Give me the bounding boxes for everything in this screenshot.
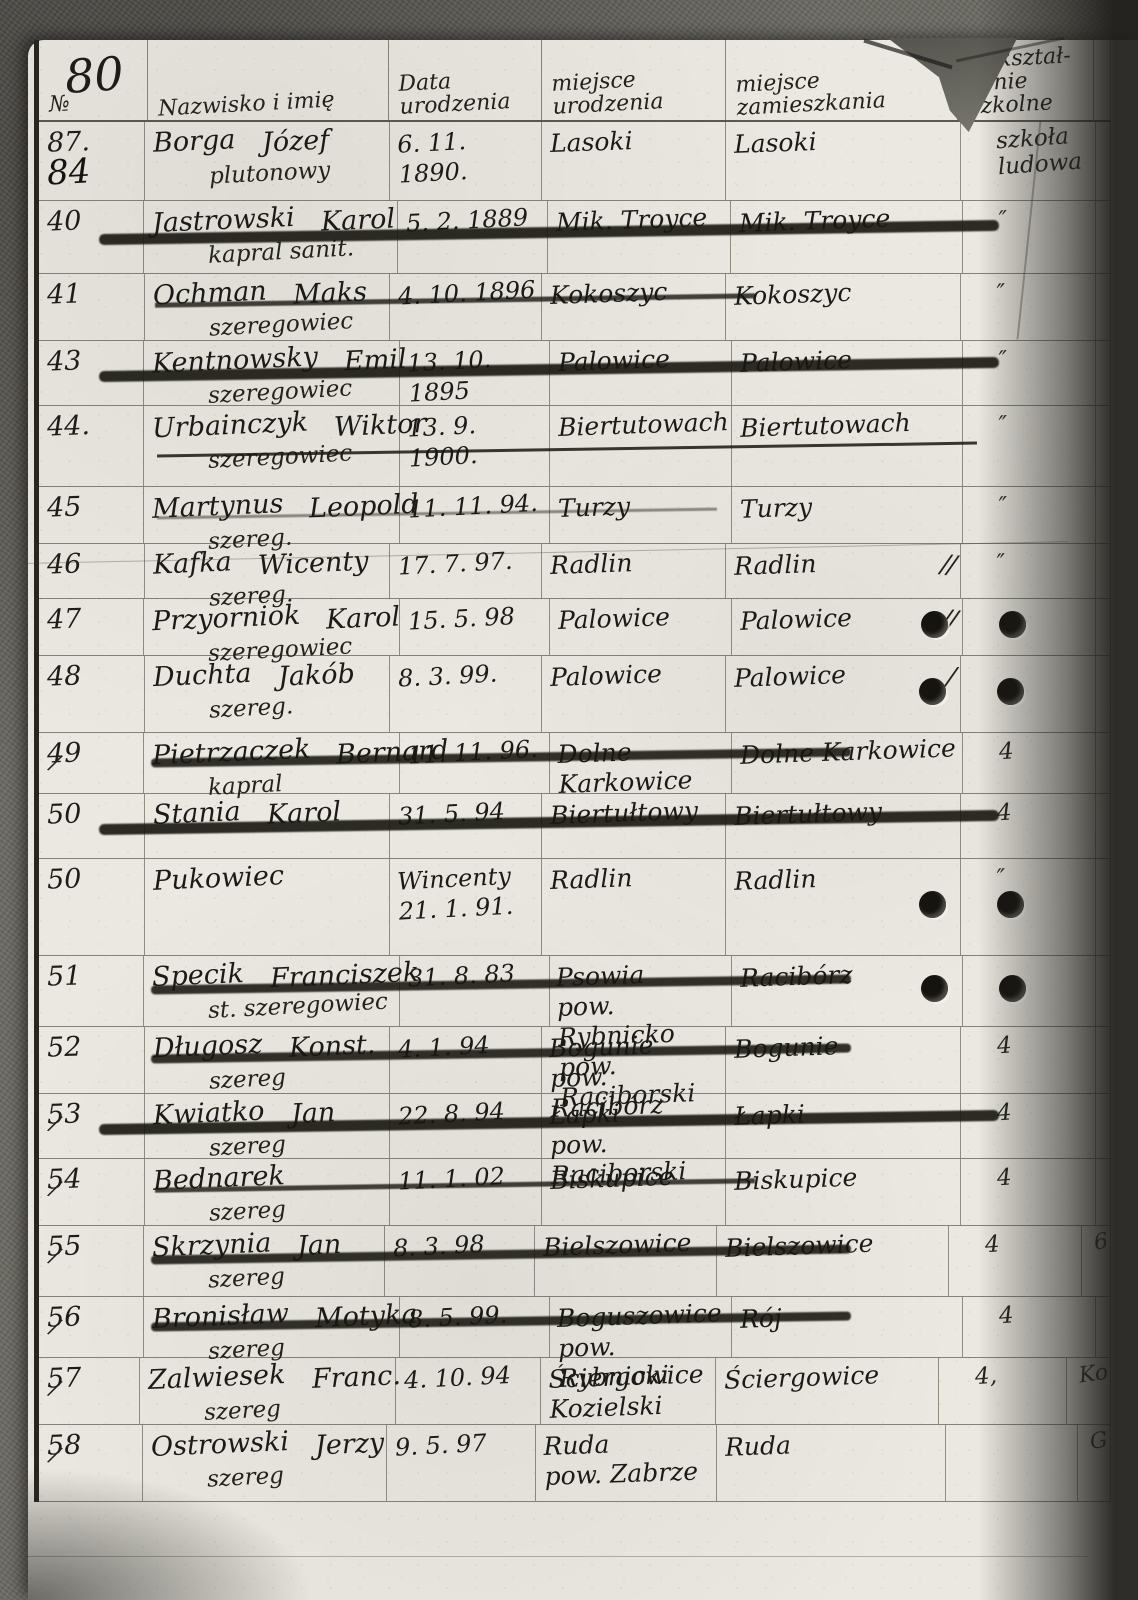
education-note <box>955 1425 1076 1433</box>
table-row: 41 Ochman Maks szeregowiec 4. 10. 1896 K… <box>39 274 1111 341</box>
cutoff-margin-cell <box>1096 1094 1111 1158</box>
cutoff-margin-cell <box>1096 544 1111 598</box>
birthdate-cell: 31. 5. 94 <box>390 794 542 858</box>
cutoff-margin-cell <box>1096 599 1111 655</box>
education-note <box>969 656 1093 665</box>
cutoff-glyph-fragment: 6 <box>1088 1229 1109 1256</box>
row-number: 46 <box>46 546 142 580</box>
name-cell: Martynus Leopold szereg. <box>144 487 400 543</box>
birthplace-cell: Łapki pow. Raciborski <box>542 1094 726 1158</box>
first-name: Emil <box>343 344 407 378</box>
punch-hole-icon <box>919 678 946 705</box>
birthdate-cell: 22. 8. 94 <box>390 1094 542 1158</box>
birthdate-cell: 13. 10. 1895 <box>400 341 550 405</box>
table-row: 51 Specik Franciszek st. szeregowiec 31.… <box>39 956 1111 1027</box>
table-row: 45 Martynus Leopold szereg. 11. 11. 94. … <box>39 487 1111 544</box>
row-number-cell: 54 ∕ <box>39 1159 145 1225</box>
cutoff-margin-cell: G <box>1078 1425 1111 1501</box>
birthdate-cell: 31. 8. 83 <box>400 956 550 1026</box>
cutoff-margin-cell <box>1096 1159 1111 1225</box>
education-cell: 4 <box>961 1027 1096 1093</box>
residence-place: Rój <box>739 1297 960 1335</box>
page-number: 80 <box>63 46 125 104</box>
birthplace-cell: Bogunie pow. Racibórz <box>542 1027 726 1093</box>
education-cell <box>963 599 1096 655</box>
birth-place: Palowice <box>557 600 729 636</box>
cutoff-glyph-fragment <box>1104 1163 1108 1164</box>
surname: Zalwiesek <box>148 1359 287 1396</box>
row-number-cell: 51 <box>39 956 144 1026</box>
residence-cell: Biertułtowy <box>726 794 961 858</box>
cutoff-glyph-fragment <box>1104 1098 1108 1099</box>
first-name <box>310 1163 311 1194</box>
birthdate-cell: 8. 3. 99. <box>390 656 542 732</box>
cutoff-margin-cell <box>1096 122 1111 200</box>
cutoff-glyph-fragment <box>1104 660 1108 661</box>
residence-place: Ruda <box>724 1425 944 1463</box>
cutoff-glyph-fragment <box>1104 960 1108 961</box>
residence-place: Biertutowach <box>739 406 960 444</box>
name-cell: Borga Józef plutonowy <box>145 122 389 200</box>
row-number: 45 <box>46 489 141 523</box>
birth-date: 9. 5. 97 <box>395 1425 534 1462</box>
birth-date: 8. 5. 99. <box>407 1297 547 1334</box>
residence-cell: Radlin <box>726 859 961 955</box>
education-cell <box>963 956 1096 1026</box>
education-cell: 4, <box>939 1358 1067 1424</box>
row-number-cell: 52 <box>39 1027 145 1093</box>
education-cell: ″ <box>963 406 1096 486</box>
residence-place: Lasoki <box>734 122 959 160</box>
residence-place: Kokoszyc <box>734 274 959 312</box>
surname: Specik <box>151 958 244 993</box>
row-number-cell: 40 <box>39 201 144 273</box>
education-note: 4 <box>970 733 1094 768</box>
cutoff-margin-cell: 6 <box>1082 1226 1111 1296</box>
cutoff-margin-cell <box>1096 794 1111 858</box>
birthdate-cell: 4. 10. 1896 <box>390 274 542 340</box>
residence-cell: Biskupice <box>726 1159 961 1225</box>
name-cell: Długosz Konst. szereg <box>145 1027 389 1093</box>
education-cell: 4 <box>961 1159 1096 1225</box>
first-name: Franciszek <box>269 957 420 994</box>
punch-hole-icon <box>997 891 1024 918</box>
row-number-cell: 45 <box>39 487 144 543</box>
column-header-birthdate: Data urodzenia <box>398 67 511 119</box>
cutoff-glyph-fragment <box>1104 126 1108 127</box>
education-note <box>971 956 1093 965</box>
name-cell: Bronisław Motyka szereg <box>144 1297 400 1357</box>
education-cell: ″ <box>961 274 1096 340</box>
row-number-cell: 47 <box>39 599 144 655</box>
residence-place: Dolne Karkowice <box>739 733 960 771</box>
residence-cell: Biertutowach <box>732 406 964 486</box>
cutoff-glyph-fragment <box>1104 278 1108 279</box>
residence-place: Radlin <box>734 544 959 582</box>
cutoff-margin-cell <box>1096 341 1111 405</box>
birth-date: 31. 5. 94 <box>397 794 539 831</box>
birth-date: 4. 10. 94 <box>403 1359 538 1396</box>
row-number-cell: 87. 84 <box>39 122 145 200</box>
birth-place: Bielszowice <box>543 1227 715 1263</box>
education-cell: 4 <box>961 794 1096 858</box>
rank: szereg <box>209 1191 388 1226</box>
birthdate-cell: 8. 5. 99. <box>400 1297 550 1357</box>
row-number: 50 <box>46 796 142 830</box>
table-row: 48 Duchta Jakób szereg. 8. 3. 99. Palowi… <box>39 656 1111 733</box>
birthdate-cell: 11. 11. 94. <box>400 487 550 543</box>
residence-cell: Mik. Troyce <box>731 201 963 273</box>
surname: Przyorniok <box>151 600 301 637</box>
residence-cell: Kokoszyc <box>726 274 961 340</box>
row-number-cell: 55 ∕ <box>39 1226 144 1296</box>
birth-date: 4. 1. 94 <box>397 1027 539 1064</box>
column-header-name: Nazwisko i imię <box>157 88 335 120</box>
surname: Kafka <box>153 546 233 580</box>
birthplace-cell: Palowice <box>550 341 732 405</box>
birth-place: Mik. Troyce <box>556 202 728 238</box>
first-name: Karol <box>320 203 395 237</box>
education-note: 4 <box>968 1159 1093 1194</box>
rank: plutonowy <box>209 154 388 189</box>
education-cell: 4 <box>963 733 1096 793</box>
cutoff-glyph-fragment <box>1104 798 1108 799</box>
birth-place: Turzy <box>557 488 729 524</box>
birth-place: Dolne Karkowice <box>557 734 730 800</box>
row-number-cell: 46 <box>39 544 145 598</box>
birthplace-cell: Biskupice <box>542 1159 726 1225</box>
row-number: 47 <box>46 601 141 635</box>
birthplace-cell: Palowice <box>550 599 732 655</box>
birth-date: 13. 9. 1900. <box>406 406 548 473</box>
surname: Kwiatko <box>153 1096 266 1132</box>
birth-place: Biertutowach <box>557 407 729 443</box>
name-cell: Skrzynia Jan szereg <box>144 1226 385 1296</box>
first-name: Jakób <box>277 658 355 692</box>
education-cell <box>946 1425 1078 1501</box>
name-cell: Kwiatko Jan szereg <box>145 1094 389 1158</box>
rank: szeregowiec <box>209 306 388 341</box>
rank: szereg. <box>209 688 388 723</box>
birthdate-cell: 4. 10. 94 <box>396 1358 540 1424</box>
education-cell: ″ <box>963 487 1096 543</box>
education-note: ″ <box>968 859 1093 894</box>
cutoff-margin-cell <box>1096 274 1111 340</box>
table-row: 53 ∕ Kwiatko Jan szereg 22. 8. 94 Łapki … <box>39 1094 1111 1159</box>
residence-place: Biertułtowy <box>734 794 959 832</box>
surname: Ostrowski <box>150 1426 289 1463</box>
punch-hole-icon <box>997 678 1024 705</box>
education-cell: szkoła ludowa <box>961 122 1096 200</box>
birthplace-cell: Ruda pow. Zabrze <box>536 1425 716 1501</box>
cutoff-glyph-fragment <box>1104 863 1108 864</box>
residence-cell: Palowice ∕∕ <box>732 599 964 655</box>
residence-cell: Łapki <box>726 1094 961 1158</box>
table-row: 47 Przyorniok Karol szeregowiec 15. 5. 9… <box>39 599 1111 656</box>
name-cell: Bednarek szereg <box>145 1159 389 1225</box>
punch-hole-icon <box>999 611 1026 638</box>
education-cell: ″ <box>963 341 1096 405</box>
first-name: Jan <box>290 1097 336 1130</box>
education-note: ″ <box>968 274 1093 309</box>
birth-place: Biertułtowy <box>549 795 723 831</box>
row-number: 43 <box>46 343 141 377</box>
birth-place: Radlin <box>549 860 723 896</box>
surname: Długosz <box>153 1029 264 1065</box>
residence-place: Mik. Troyce <box>738 201 960 239</box>
residence-place: Radlin <box>734 859 959 897</box>
cutoff-margin-cell <box>1096 859 1111 955</box>
first-name: Jan <box>297 1229 343 1262</box>
cutoff-glyph-fragment <box>1104 205 1108 206</box>
birthplace-cell: Boguszowice pow. Rybnicki <box>550 1297 732 1357</box>
surname: Stania <box>153 796 242 831</box>
residence-place: Biskupice <box>734 1159 959 1197</box>
birthdate-cell: 8. 3. 98 <box>385 1226 535 1296</box>
rank: szereg <box>209 1126 388 1161</box>
column-header-birthplace: miejsce urodzenia <box>551 67 664 119</box>
row-number: 52 <box>46 1029 142 1063</box>
surname: Borga <box>153 124 237 159</box>
residence-cell: Rój <box>732 1297 964 1357</box>
cutoff-margin-cell: Ko <box>1067 1358 1111 1424</box>
birth-place: Ściergowice Kozielski <box>548 1359 714 1425</box>
birth-date: 4. 10. 1896 <box>397 274 539 311</box>
birthplace-cell: Radlin <box>542 859 726 955</box>
residence-cell: Turzy <box>732 487 964 543</box>
first-name: Karol <box>266 796 341 830</box>
name-cell: Pukowiec <box>145 859 389 955</box>
surname: Bronisław <box>151 1298 289 1335</box>
birth-place: Ruda pow. Zabrze <box>543 1426 714 1492</box>
residence-cell: Palowice <box>732 341 964 405</box>
birth-date: 8. 3. 98 <box>392 1226 532 1263</box>
residence-place: Bielszowice <box>725 1226 947 1264</box>
scanned-register-page: 80 № Nazwisko i imię Data urodzenia miej… <box>28 40 1138 1600</box>
residence-place: Palowice <box>739 341 960 379</box>
birthplace-cell: Psowia pow. Rybnicko pow. Raciborski <box>550 956 732 1026</box>
education-cell: 4 <box>961 1094 1096 1158</box>
birthplace-cell: Ściergowice Kozielski <box>541 1358 716 1424</box>
cutoff-glyph-fragment <box>1104 603 1108 604</box>
table-body: 87. 84 Borga Józef plutonowy 6. 11. 1890… <box>39 122 1111 1502</box>
row-number: 48 <box>46 658 142 692</box>
birthplace-cell: Kokoszyc <box>542 274 726 340</box>
birth-place: Kokoszyc <box>549 275 723 311</box>
table-row: 50 Stania Karol 31. 5. 94 Biertułtowy Bi… <box>39 794 1111 859</box>
birthplace-cell: Biertułtowy <box>542 794 726 858</box>
name-cell: Kentnowsky Emil szeregowiec <box>144 341 400 405</box>
cutoff-margin-cell <box>1096 406 1111 486</box>
birthplace-cell: Bielszowice <box>535 1226 717 1296</box>
name-cell: Pietrzaczek Bernard kapral <box>144 733 400 793</box>
education-note: 4 <box>970 1297 1094 1332</box>
education-note: ″ <box>970 487 1094 522</box>
row-number-cell: 57 ∕ <box>39 1358 140 1424</box>
residence-cell: Ruda <box>717 1425 947 1501</box>
table-row: 49 ∕ Pietrzaczek Bernard kapral 11. 11. … <box>39 733 1111 794</box>
punch-hole-icon <box>921 611 948 638</box>
birth-date: 11. 11. 94. <box>407 487 547 524</box>
birthdate-cell: 11. 1. 02 <box>390 1159 542 1225</box>
row-number: 40 <box>46 203 141 237</box>
birth-place: Palowice <box>557 342 729 378</box>
birthdate-cell: 15. 5. 98 <box>400 599 550 655</box>
education-note: szkoła ludowa <box>967 122 1094 183</box>
table-row: 57 ∕ Zalwiesek Franc. szereg 4. 10. 94 Ś… <box>39 1358 1111 1425</box>
residence-cell: Lasoki <box>726 122 961 200</box>
row-number-cell: 41 <box>39 274 145 340</box>
first-name: Jerzy <box>314 1428 384 1462</box>
residence-cell: Dolne Karkowice <box>732 733 964 793</box>
residence-cell: Radlin ∕∕ <box>726 544 961 598</box>
table-row: 44. Urbainczyk Wiktor szeregowiec 13. 9.… <box>39 406 1111 487</box>
birth-date: 8. 3. 99. <box>397 656 539 693</box>
residence-cell: Racibórz <box>732 956 964 1026</box>
birth-date: 15. 5. 98 <box>407 599 547 636</box>
name-cell: Stania Karol <box>145 794 389 858</box>
cutoff-glyph-fragment <box>1104 737 1108 738</box>
birthplace-cell: Turzy <box>550 487 732 543</box>
birth-date: 17. 7. 97. <box>397 544 539 581</box>
residence-place: Łapki <box>734 1094 959 1132</box>
residence-place: Bogunie <box>734 1027 959 1065</box>
name-cell: Przyorniok Karol szeregowiec <box>144 599 400 655</box>
cutoff-margin-cell <box>1096 656 1111 732</box>
birthdate-cell: 11. 11. 96. <box>400 733 550 793</box>
residence-place: Turzy <box>739 487 960 525</box>
rank: szeregowiec <box>207 373 397 409</box>
row-number-cell: 56 ∕ <box>39 1297 144 1357</box>
name-cell: Specik Franciszek st. szeregowiec <box>144 956 400 1026</box>
cutoff-glyph-fragment <box>1104 491 1108 492</box>
rank: szereg <box>207 1258 382 1293</box>
name-cell: Urbainczyk Wiktor szeregowiec <box>144 406 400 486</box>
surname: Ochman <box>153 276 268 312</box>
corner-smudge <box>28 1470 308 1600</box>
punch-hole-icon <box>999 975 1026 1002</box>
table-row: 56 ∕ Bronisław Motyka szereg 8. 5. 99. B… <box>39 1297 1111 1358</box>
surname: Pukowiec <box>153 860 285 897</box>
birth-date: 22. 8. 94 <box>397 1094 539 1131</box>
birthdate-cell: 13. 9. 1900. <box>400 406 550 486</box>
birthplace-cell: Palowice <box>542 656 726 732</box>
birth-place: Lasoki <box>549 123 723 159</box>
row-number: 41 <box>46 276 142 310</box>
rank: szeregowiec <box>207 438 397 474</box>
surname: Kentnowsky <box>151 341 318 379</box>
education-cell: ″ <box>961 859 1096 955</box>
rank: szereg <box>209 1059 388 1094</box>
row-number-cell: 48 <box>39 656 145 732</box>
row-number: 50 <box>46 861 142 895</box>
education-cell: 4 <box>949 1226 1082 1296</box>
surname: Jastrowski <box>152 202 296 239</box>
column-header-number: № <box>48 92 70 116</box>
column-header-residence: miejsce zamieszkania <box>734 66 885 120</box>
birthdate-cell: Wincenty 21. 1. 91. <box>390 859 542 955</box>
row-number-cell: 50 <box>39 794 145 858</box>
first-name: Wicenty <box>257 546 369 582</box>
education-note: 4 <box>968 1094 1093 1129</box>
education-note: 4 <box>968 794 1093 829</box>
birthplace-cell: Dolne Karkowice <box>550 733 732 793</box>
surname: Pietrzaczek <box>151 734 311 772</box>
birthdate-cell: 9. 5. 97 <box>387 1425 536 1501</box>
residence-cell: Ściergowice <box>716 1358 939 1424</box>
residence-place: Ściergowice <box>723 1358 936 1395</box>
row-number: 44. <box>46 408 141 442</box>
register-table: 80 № Nazwisko i imię Data urodzenia miej… <box>34 40 1111 1502</box>
birth-date: 5. 2. 1889 <box>405 201 546 238</box>
cutoff-glyph-fragment <box>1104 345 1108 346</box>
first-name <box>310 863 311 894</box>
education-note: ″ <box>970 341 1094 376</box>
birth-date: Wincenty 21. 1. 91. <box>396 859 540 926</box>
table-row: 55 ∕ Skrzynia Jan szereg 8. 3. 98 Bielsz… <box>39 1226 1111 1297</box>
first-name: Konst. <box>288 1029 376 1064</box>
cutoff-glyph-fragment <box>1104 548 1108 549</box>
cutoff-glyph-fragment: G <box>1085 1428 1110 1456</box>
education-note <box>971 599 1093 608</box>
birth-place: Biskupice <box>549 1160 723 1196</box>
rank: szereg <box>204 1390 394 1426</box>
row-number-cell: 44. <box>39 406 144 486</box>
education-note: 4 <box>956 1226 1080 1261</box>
row-number-corrected: 84 <box>46 149 143 194</box>
birth-date: 11. 11. 96. <box>407 733 547 770</box>
cutoff-margin-cell <box>1096 1297 1111 1357</box>
surname: Bednarek <box>153 1160 286 1197</box>
birthplace-cell: Biertutowach <box>550 406 732 486</box>
cutoff-margin-cell <box>1096 733 1111 793</box>
cutoff-margin-cell <box>1096 956 1111 1026</box>
first-name: Maks <box>292 276 367 310</box>
birthdate-cell: 4. 1. 94 <box>390 1027 542 1093</box>
birthplace-cell: Lasoki <box>542 122 726 200</box>
cutoff-glyph-fragment: Ko <box>1073 1360 1109 1389</box>
education-cell: ″ <box>961 544 1096 598</box>
education-note: 4, <box>946 1358 1065 1393</box>
table-row: 40 Jastrowski Karol kapral sanit. 5. 2. … <box>39 201 1111 274</box>
cutoff-margin-cell <box>1096 201 1111 273</box>
birth-place: Palowice <box>549 657 723 693</box>
name-cell: Kafka Wicenty szereg. <box>145 544 389 598</box>
education-cell: 4 <box>963 1297 1096 1357</box>
birth-date: 31. 8. 83 <box>407 956 547 993</box>
birth-date: 11. 1. 02 <box>397 1159 539 1196</box>
punch-hole-icon <box>921 975 948 1002</box>
row-number: 51 <box>46 958 141 992</box>
surname: Skrzynia <box>151 1227 272 1263</box>
name-cell: Zalwiesek Franc. szereg <box>140 1358 396 1424</box>
table-row: 87. 84 Borga Józef plutonowy 6. 11. 1890… <box>39 122 1111 201</box>
cutoff-glyph-fragment <box>1104 1301 1108 1302</box>
education-note: 4 <box>968 1027 1093 1062</box>
table-row: 50 Pukowiec Wincenty 21. 1. 91. Radlin R… <box>39 859 1111 956</box>
surname: Urbainczyk <box>151 407 308 445</box>
rank: st. szeregowiec <box>207 988 397 1024</box>
residence-cell: Bielszowice <box>717 1226 949 1296</box>
birthdate-cell: 5. 2. 1889 <box>398 201 548 273</box>
education-cell <box>961 656 1096 732</box>
education-note: ″ <box>968 544 1093 579</box>
first-name: Józef <box>261 125 330 159</box>
row-number-cell: 43 <box>39 341 144 405</box>
row-number-cell: 50 <box>39 859 145 955</box>
surname: Martynus <box>151 488 284 525</box>
name-cell: Duchta Jakób szereg. <box>145 656 389 732</box>
